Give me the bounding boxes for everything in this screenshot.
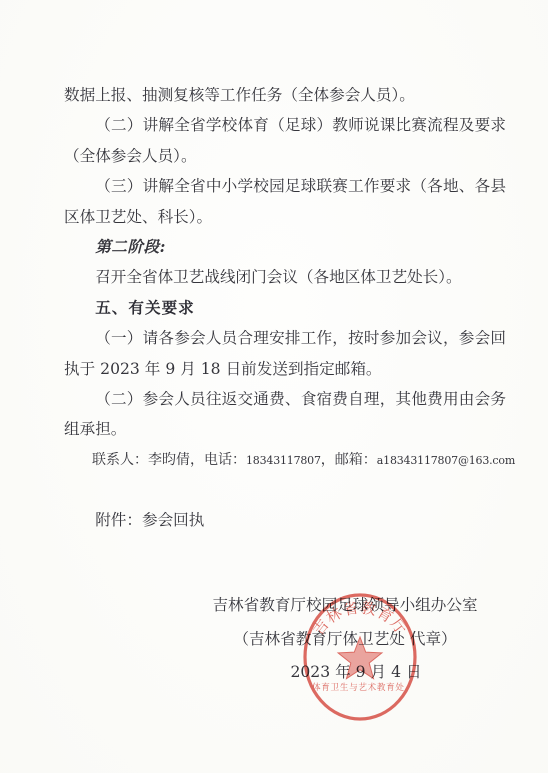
- document-line: 第二阶段:: [64, 232, 506, 262]
- text-segment: ，邮箱：: [321, 452, 377, 468]
- official-seal: 吉林省教育厅 体育卫生与艺术教育处: [280, 577, 440, 737]
- document-line: （三）讲解全省中小学校园足球联赛工作要求（各地、各县: [64, 171, 506, 201]
- document-line: （全体参会人员）。: [64, 141, 506, 171]
- contact-line: 联系人：李昀倩，电话：18343117807，邮箱：a18343117807@1…: [64, 445, 506, 475]
- seal-bottom-text: 体育卫生与艺术教育处: [312, 681, 404, 693]
- star-icon: [338, 637, 382, 679]
- document-line: （二）参会人员往返交通费、食宿费自理，其他费用由会务: [64, 384, 506, 414]
- document-line: 五、有关要求: [64, 293, 506, 323]
- document-line: 数据上报、抽测复核等工作任务（全体参会人员）。: [64, 80, 506, 110]
- document-line: 召开全省体卫艺战线闭门会议（各地区体卫艺处长）。: [64, 262, 506, 292]
- text-segment: a18343117807@163.com: [377, 454, 515, 467]
- seal-ring-text: 吉林省教育厅: [309, 598, 411, 638]
- text-segment: 联系人：李昀倩，电话：: [92, 452, 246, 468]
- document-line: 执于 2023 年 9 月 18 日前发送到指定邮箱。: [64, 354, 506, 384]
- text-segment: 18343117807: [246, 454, 321, 467]
- attachment-line: 附件：参会回执: [64, 505, 506, 535]
- document-page: 数据上报、抽测复核等工作任务（全体参会人员）。（二）讲解全省学校体育（足球）教师…: [0, 0, 548, 773]
- document-line: （二）讲解全省学校体育（足球）教师说课比赛流程及要求: [64, 110, 506, 140]
- seal-ring-text-path: 吉林省教育厅: [309, 598, 411, 638]
- document-line: （一）请各参会人员合理安排工作，按时参加会议，参会回: [64, 323, 506, 353]
- document-body: 数据上报、抽测复核等工作任务（全体参会人员）。（二）讲解全省学校体育（足球）教师…: [64, 80, 506, 536]
- document-line: 组承担。: [64, 414, 506, 444]
- document-line: 区体卫艺处、科长）。: [64, 202, 506, 232]
